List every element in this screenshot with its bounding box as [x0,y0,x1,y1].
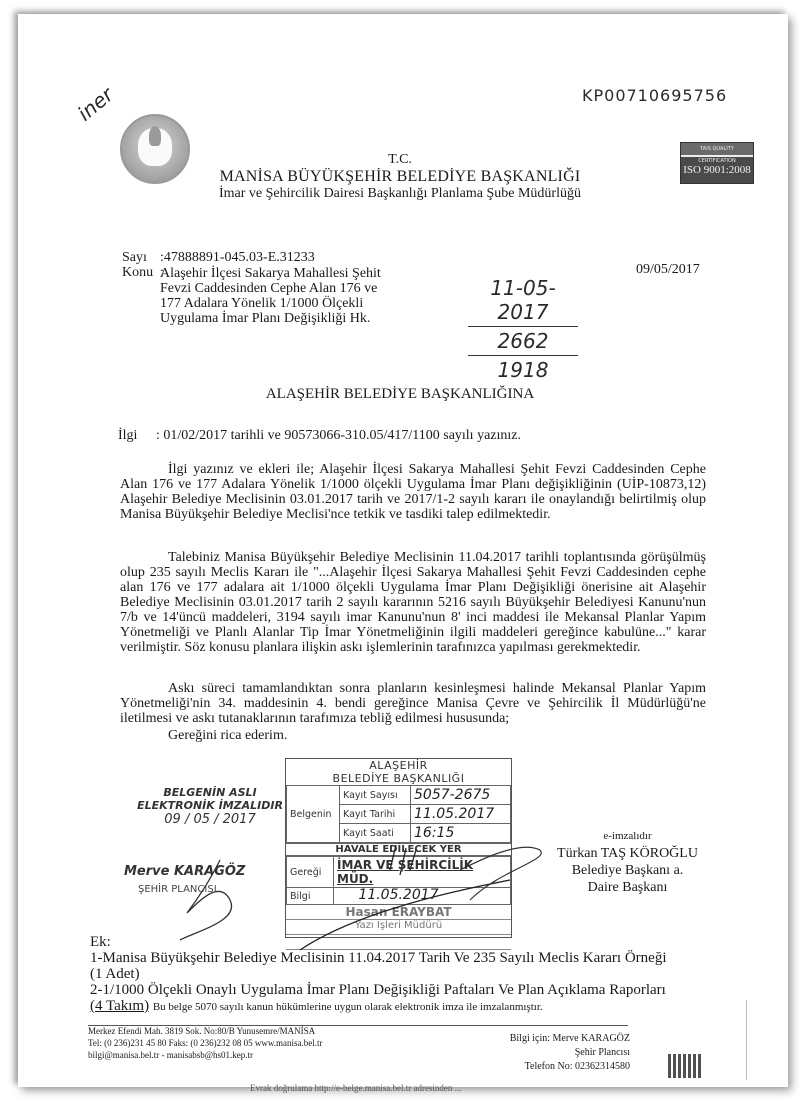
info-contact: Bilgi için: Merve KARAGÖZ [470,1032,630,1046]
footer-email: bilgi@manisa.bel.tr - manisabsb@hs01.kep… [88,1049,323,1061]
scan-edge-line [746,1000,747,1080]
divider [468,355,578,356]
body-paragraph-1: İlgi yazınız ve ekleri ile; Alaşehir İlç… [120,462,706,522]
verification-link: Evrak doğrulama http://e-belge.manisa.be… [250,1083,461,1093]
ilgi-label: İlgi [118,428,156,444]
addressee: ALAŞEHİR BELEDİYE BAŞKANLIĞINA [0,386,800,403]
copy-stamp-date: 09 / 05 / 2017 [130,812,290,827]
attachments: Ek: 1-Manisa Büyükşehir Belediye Meclisi… [90,934,730,1015]
footer-contact: Merkez Efendi Mah. 3819 Sok. No:80/B Yun… [88,1025,323,1061]
sayi-label: Sayı [122,250,160,266]
sayi-row: Sayı:47888891-045.03-E.31233 [122,250,315,266]
esign-label: e-imzalıdır [545,828,710,845]
body-paragraph-3: Askı süreci tamamlandıktan sonra planlar… [120,681,706,726]
signer-name: Türkan TAŞ KÖROĞLU [545,845,710,862]
receipt-number: 2662 [468,329,578,353]
info-title: Şehir Plancısı [470,1046,630,1060]
attachment-item-1: 1-Manisa Büyükşehir Belediye Meclisinin … [90,950,730,966]
konu-line: Alaşehir İlçesi Sakarya Mahallesi Şehit [160,266,420,281]
divider [468,326,578,327]
konu-row: Konu: [122,265,164,281]
konu-label: Konu [122,265,160,281]
copy-stamp: BELGENİN ASLI ELEKTRONİK İMZALIDIR 09 / … [130,786,290,827]
handwritten-reference: KP00710695756 [582,86,727,105]
document-date: 09/05/2017 [636,262,700,278]
header-organization: MANİSA BÜYÜKŞEHİR BELEDİYE BAŞKANLIĞI [0,168,800,186]
header-tc: T.C. [0,152,800,168]
copy-stamp-line-2: ELEKTRONİK İMZALIDIR [130,799,290,812]
attachment-item-2: 2-1/1000 Ölçekli Onaylı Uygulama İmar Pl… [90,982,730,998]
attachment-item-2-qty: (4 Takım) [90,998,149,1014]
body-paragraph-2: Talebiniz Manisa Büyükşehir Belediye Mec… [120,550,706,655]
stamp-title-1: ALAŞEHİR [286,759,511,772]
kayit-sayisi-value: 5057-2675 [411,786,511,805]
preparer-title: ŞEHİR PLANCISI [138,884,217,895]
kayit-sayisi-label: Kayıt Sayısı [340,786,411,805]
preparer-name: Merve KARAGÖZ [124,864,245,879]
header-department: İmar ve Şehircilik Dairesi Başkanlığı Pl… [0,186,800,202]
copy-stamp-line-1: BELGENİN ASLI [130,786,290,799]
konu-line: 177 Adalara Yönelik 1/1000 Ölçekli [160,296,420,311]
info-phone: Telefon No: 02362314580 [470,1060,630,1074]
attachments-label: Ek: [90,934,730,950]
signer-block: e-imzalıdır Türkan TAŞ KÖROĞLU Belediye … [545,828,710,896]
footer-phone: Tel: (0 236)231 45 80 Faks: (0 236)232 0… [88,1037,323,1049]
paragraph-text: Askı süreci tamamlandıktan sonra planlar… [120,681,706,726]
footer-info: Bilgi için: Merve KARAGÖZ Şehir Plancısı… [470,1032,630,1074]
receipt-date: 11-05-2017 [468,276,578,324]
tulip-icon [149,126,161,146]
signer-role-1: Belediye Başkanı a. [545,862,710,879]
signer-role-2: Daire Başkanı [545,879,710,896]
paragraph-text: Gereğini rica ederim. [120,728,706,743]
ilgi-row: İlgi: 01/02/2017 tarihli ve 90573066-310… [118,428,521,444]
paragraph-text: İlgi yazınız ve ekleri ile; Alaşehir İlç… [120,462,706,522]
konu-line: Fevzi Caddesinden Cephe Alan 176 ve [160,281,420,296]
stamp-title-2: BELEDİYE BAŞKANLIĞI [286,772,511,785]
handwritten-receipt: 11-05-2017 2662 1918 [468,276,578,382]
konu-line: Uygulama İmar Planı Değişikliği Hk. [160,311,420,326]
kayit-tarihi-value: 11.05.2017 [411,805,511,824]
receipt-subnumber: 1918 [468,358,578,382]
qr-code-icon [668,1054,702,1078]
esign-note: Bu belge 5070 sayılı kanun hükümlerine u… [153,1001,543,1013]
paragraph-text: Talebiniz Manisa Büyükşehir Belediye Mec… [120,550,706,655]
footer-address: Merkez Efendi Mah. 3819 Sok. No:80/B Yun… [88,1025,323,1037]
body-paragraph-4: Gereğini rica ederim. [120,728,706,743]
ilgi-value: : 01/02/2017 tarihli ve 90573066-310.05/… [156,428,521,443]
konu-text: Alaşehir İlçesi Sakarya Mahallesi Şehit … [160,266,420,326]
kayit-tarihi-label: Kayıt Tarihi [340,805,411,824]
stamp-register-table: Belgenin Kayıt Sayısı 5057-2675 Kayıt Ta… [286,785,511,843]
belgenin-label: Belgenin [287,786,340,843]
sayi-value: :47888891-045.03-E.31233 [160,250,315,265]
attachment-item-1-qty: (1 Adet) [90,966,730,982]
